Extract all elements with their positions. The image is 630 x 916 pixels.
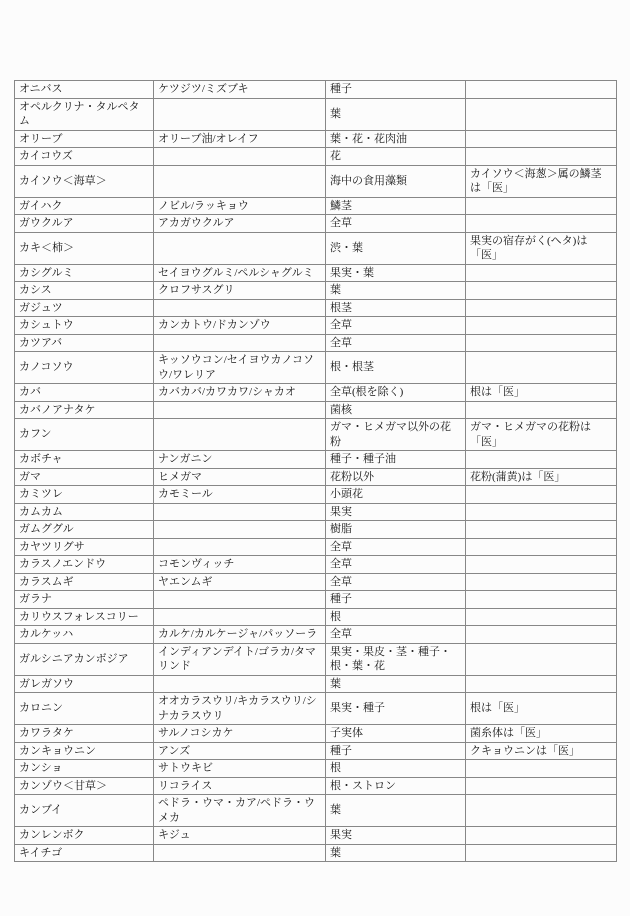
note-cell — [466, 215, 617, 233]
plant-name-cell: カツアバ — [15, 334, 154, 352]
note-cell — [466, 486, 617, 504]
table-row: ガマ ヒメガマ 花粉以外 花粉(蒲黄)は「医」 — [15, 468, 617, 486]
used-part-cell: 子実体 — [326, 725, 466, 743]
used-part-cell: 葉・花・花肉油 — [326, 130, 466, 148]
plant-name-cell: カシュトウ — [15, 317, 154, 335]
plant-name-cell: ガウクルア — [15, 215, 154, 233]
table-row: オリーブ オリーブ油/オレイフ 葉・花・花肉油 — [15, 130, 617, 148]
used-part-cell: 種子 — [326, 591, 466, 609]
synonym-cell — [154, 419, 326, 451]
table-row: カンキョウニン アンズ 種子 クキョウニンは「医」 — [15, 742, 617, 760]
synonym-cell — [154, 591, 326, 609]
table-row: ガルシニアカンボジア インディアンデイト/ゴラカ/タマリンド 果実・果皮・茎・種… — [15, 643, 617, 675]
used-part-cell: 全草 — [326, 538, 466, 556]
synonym-cell — [154, 538, 326, 556]
table-row: カバ カバカバ/カワカワ/シャカオ 全草(根を除く) 根は「医」 — [15, 384, 617, 402]
plant-name-cell: カワラタケ — [15, 725, 154, 743]
used-part-cell: 全草 — [326, 573, 466, 591]
used-part-cell: 根茎 — [326, 299, 466, 317]
note-cell — [466, 81, 617, 99]
used-part-cell: 葉 — [326, 675, 466, 693]
synonym-cell: カンカトウ/ドカンゾウ — [154, 317, 326, 335]
note-cell: 根は「医」 — [466, 693, 617, 725]
synonym-cell: ケツジツ/ミズブキ — [154, 81, 326, 99]
used-part-cell: 果実・果皮・茎・種子・根・葉・花 — [326, 643, 466, 675]
used-part-cell: 根・根茎 — [326, 352, 466, 384]
table-row: カンゾウ＜甘草＞ リコライス 根・ストロン — [15, 777, 617, 795]
synonym-cell — [154, 675, 326, 693]
used-part-cell: 種子 — [326, 81, 466, 99]
table-row: カキ＜柿＞ 渋・葉 果実の宿存がく(ヘタ)は「医」 — [15, 232, 617, 264]
note-cell: ガマ・ヒメガマの花粉は「医」 — [466, 419, 617, 451]
table-row: カロニン オオカラスウリ/キカラスウリ/シナカラスウリ 果実・種子 根は「医」 — [15, 693, 617, 725]
table-row: カワラタケ サルノコシカケ 子実体 菌糸体は「医」 — [15, 725, 617, 743]
used-part-cell: 全草 — [326, 215, 466, 233]
synonym-cell: サルノコシカケ — [154, 725, 326, 743]
synonym-cell: リコライス — [154, 777, 326, 795]
table-row: オペルクリナ・タルペタム 葉 — [15, 98, 617, 130]
plant-name-cell: カシグルミ — [15, 264, 154, 282]
plant-name-cell: オリーブ — [15, 130, 154, 148]
synonym-cell: オオカラスウリ/キカラスウリ/シナカラスウリ — [154, 693, 326, 725]
synonym-cell — [154, 98, 326, 130]
plant-name-cell: カムカム — [15, 503, 154, 521]
note-cell — [466, 573, 617, 591]
table-row: カバノアナタケ 菌核 — [15, 401, 617, 419]
synonym-cell — [154, 401, 326, 419]
used-part-cell: 鱗茎 — [326, 197, 466, 215]
used-part-cell: 菌核 — [326, 401, 466, 419]
table-row: カヤツリグサ 全草 — [15, 538, 617, 556]
note-cell — [466, 521, 617, 539]
used-part-cell: 全草(根を除く) — [326, 384, 466, 402]
used-part-cell: 果実・種子 — [326, 693, 466, 725]
note-cell — [466, 98, 617, 130]
table-row: カミツレ カモミール 小頭花 — [15, 486, 617, 504]
note-cell: 花粉(蒲黄)は「医」 — [466, 468, 617, 486]
plant-name-cell: オニバス — [15, 81, 154, 99]
synonym-cell: セイヨウグルミ/ペルシャグルミ — [154, 264, 326, 282]
used-part-cell: 小頭花 — [326, 486, 466, 504]
plant-name-cell: オペルクリナ・タルペタム — [15, 98, 154, 130]
plant-name-cell: ガジュツ — [15, 299, 154, 317]
note-cell: 菌糸体は「医」 — [466, 725, 617, 743]
used-part-cell: 樹脂 — [326, 521, 466, 539]
synonym-cell: クロフサスグリ — [154, 282, 326, 300]
table-row: カリウスフォレスコリー 根 — [15, 608, 617, 626]
table-body: オニバス ケツジツ/ミズブキ 種子 オペルクリナ・タルペタム 葉 オリーブ オリ… — [15, 81, 617, 862]
synonym-cell — [154, 521, 326, 539]
synonym-cell — [154, 503, 326, 521]
plant-name-cell: カノコソウ — [15, 352, 154, 384]
note-cell — [466, 760, 617, 778]
note-cell — [466, 197, 617, 215]
plant-name-cell: カンショ — [15, 760, 154, 778]
plant-name-cell: カラスノエンドウ — [15, 556, 154, 574]
table-row: カシグルミ セイヨウグルミ/ペルシャグルミ 果実・葉 — [15, 264, 617, 282]
note-cell — [466, 282, 617, 300]
table-row: カラスムギ ヤエンムギ 全草 — [15, 573, 617, 591]
note-cell — [466, 451, 617, 469]
note-cell — [466, 844, 617, 862]
synonym-cell — [154, 608, 326, 626]
plant-name-cell: カイコウズ — [15, 148, 154, 166]
used-part-cell: 種子 — [326, 742, 466, 760]
used-part-cell: 果実 — [326, 503, 466, 521]
used-part-cell: 葉 — [326, 844, 466, 862]
table-row: カルケッハ カルケ/カルケージャ/パッソーラ 全草 — [15, 626, 617, 644]
note-cell — [466, 827, 617, 845]
synonym-cell: ノビル/ラッキョウ — [154, 197, 326, 215]
synonym-cell: カバカバ/カワカワ/シャカオ — [154, 384, 326, 402]
used-part-cell: 葉 — [326, 98, 466, 130]
table-row: ガジュツ 根茎 — [15, 299, 617, 317]
table-row: カシス クロフサスグリ 葉 — [15, 282, 617, 300]
used-part-cell: 渋・葉 — [326, 232, 466, 264]
synonym-cell: キッソウコン/セイヨウカノコソウ/ワレリア — [154, 352, 326, 384]
synonym-cell — [154, 148, 326, 166]
note-cell — [466, 556, 617, 574]
plant-name-cell: ガレガソウ — [15, 675, 154, 693]
plant-name-cell: ガマ — [15, 468, 154, 486]
synonym-cell: ナンガニン — [154, 451, 326, 469]
used-part-cell: 種子・種子油 — [326, 451, 466, 469]
synonym-cell — [154, 844, 326, 862]
synonym-cell — [154, 334, 326, 352]
plant-name-cell: カフン — [15, 419, 154, 451]
synonym-cell: キジュ — [154, 827, 326, 845]
table-row: カイコウズ 花 — [15, 148, 617, 166]
plant-name-cell: ガイハク — [15, 197, 154, 215]
table-row: カボチャ ナンガニン 種子・種子油 — [15, 451, 617, 469]
used-part-cell: 花 — [326, 148, 466, 166]
note-cell — [466, 777, 617, 795]
table-row: カンショ サトウキビ 根 — [15, 760, 617, 778]
plant-name-cell: ガムググル — [15, 521, 154, 539]
note-cell — [466, 608, 617, 626]
note-cell: 果実の宿存がく(ヘタ)は「医」 — [466, 232, 617, 264]
synonym-cell: インディアンデイト/ゴラカ/タマリンド — [154, 643, 326, 675]
used-part-cell: 海中の食用藻類 — [326, 165, 466, 197]
note-cell — [466, 591, 617, 609]
used-part-cell: 葉 — [326, 282, 466, 300]
synonym-cell — [154, 299, 326, 317]
plant-name-cell: カシス — [15, 282, 154, 300]
table-row: カンレンボク キジュ 果実 — [15, 827, 617, 845]
table-row: オニバス ケツジツ/ミズブキ 種子 — [15, 81, 617, 99]
used-part-cell: 果実・葉 — [326, 264, 466, 282]
synonym-cell: アカガウクルア — [154, 215, 326, 233]
plant-name-cell: カルケッハ — [15, 626, 154, 644]
synonym-cell — [154, 232, 326, 264]
synonym-cell: ヒメガマ — [154, 468, 326, 486]
used-part-cell: 果実 — [326, 827, 466, 845]
synonym-cell: オリーブ油/オレイフ — [154, 130, 326, 148]
plant-name-cell: カキ＜柿＞ — [15, 232, 154, 264]
used-part-cell: ガマ・ヒメガマ以外の花粉 — [326, 419, 466, 451]
plant-name-cell: カンゾウ＜甘草＞ — [15, 777, 154, 795]
note-cell — [466, 538, 617, 556]
table-row: カノコソウ キッソウコン/セイヨウカノコソウ/ワレリア 根・根茎 — [15, 352, 617, 384]
synonym-cell: コモンヴィッチ — [154, 556, 326, 574]
table-row: カイソウ＜海草＞ 海中の食用藻類 カイソウ＜海葱＞属の鱗茎は「医」 — [15, 165, 617, 197]
table-row: ガイハク ノビル/ラッキョウ 鱗茎 — [15, 197, 617, 215]
plant-name-cell: カンブイ — [15, 795, 154, 827]
plant-name-cell: キイチゴ — [15, 844, 154, 862]
note-cell — [466, 317, 617, 335]
table-row: カラスノエンドウ コモンヴィッチ 全草 — [15, 556, 617, 574]
note-cell — [466, 299, 617, 317]
table-row: ガラナ 種子 — [15, 591, 617, 609]
table-row: カンブイ ペドラ・ウマ・カア/ペドラ・ウメカ 葉 — [15, 795, 617, 827]
plant-name-cell: ガラナ — [15, 591, 154, 609]
synonym-cell: アンズ — [154, 742, 326, 760]
note-cell — [466, 148, 617, 166]
note-cell — [466, 643, 617, 675]
note-cell: カイソウ＜海葱＞属の鱗茎は「医」 — [466, 165, 617, 197]
synonym-cell: サトウキビ — [154, 760, 326, 778]
table-row: ガウクルア アカガウクルア 全草 — [15, 215, 617, 233]
note-cell — [466, 503, 617, 521]
table-row: ガムググル 樹脂 — [15, 521, 617, 539]
note-cell — [466, 334, 617, 352]
table-row: カフン ガマ・ヒメガマ以外の花粉 ガマ・ヒメガマの花粉は「医」 — [15, 419, 617, 451]
document-page: オニバス ケツジツ/ミズブキ 種子 オペルクリナ・タルペタム 葉 オリーブ オリ… — [0, 0, 630, 916]
table-row: キイチゴ 葉 — [15, 844, 617, 862]
used-part-cell: 全草 — [326, 556, 466, 574]
used-part-cell: 根 — [326, 608, 466, 626]
used-part-cell: 全草 — [326, 334, 466, 352]
table-row: カシュトウ カンカトウ/ドカンゾウ 全草 — [15, 317, 617, 335]
plant-name-cell: カンキョウニン — [15, 742, 154, 760]
used-part-cell: 全草 — [326, 626, 466, 644]
plant-name-cell: カヤツリグサ — [15, 538, 154, 556]
used-part-cell: 根・ストロン — [326, 777, 466, 795]
table-row: ガレガソウ 葉 — [15, 675, 617, 693]
note-cell — [466, 264, 617, 282]
plant-name-cell: カバ — [15, 384, 154, 402]
used-part-cell: 全草 — [326, 317, 466, 335]
used-part-cell: 葉 — [326, 795, 466, 827]
plant-parts-table: オニバス ケツジツ/ミズブキ 種子 オペルクリナ・タルペタム 葉 オリーブ オリ… — [14, 80, 617, 862]
plant-name-cell: ガルシニアカンボジア — [15, 643, 154, 675]
plant-name-cell: カミツレ — [15, 486, 154, 504]
synonym-cell: ペドラ・ウマ・カア/ペドラ・ウメカ — [154, 795, 326, 827]
table-row: カツアバ 全草 — [15, 334, 617, 352]
synonym-cell — [154, 165, 326, 197]
synonym-cell: ヤエンムギ — [154, 573, 326, 591]
note-cell — [466, 401, 617, 419]
used-part-cell: 根 — [326, 760, 466, 778]
plant-name-cell: カリウスフォレスコリー — [15, 608, 154, 626]
plant-name-cell: カバノアナタケ — [15, 401, 154, 419]
note-cell — [466, 352, 617, 384]
note-cell — [466, 626, 617, 644]
note-cell — [466, 130, 617, 148]
used-part-cell: 花粉以外 — [326, 468, 466, 486]
synonym-cell: カモミール — [154, 486, 326, 504]
table-row: カムカム 果実 — [15, 503, 617, 521]
plant-name-cell: カンレンボク — [15, 827, 154, 845]
note-cell — [466, 795, 617, 827]
plant-name-cell: カイソウ＜海草＞ — [15, 165, 154, 197]
note-cell: 根は「医」 — [466, 384, 617, 402]
note-cell — [466, 675, 617, 693]
synonym-cell: カルケ/カルケージャ/パッソーラ — [154, 626, 326, 644]
plant-name-cell: カボチャ — [15, 451, 154, 469]
plant-name-cell: カロニン — [15, 693, 154, 725]
plant-name-cell: カラスムギ — [15, 573, 154, 591]
note-cell: クキョウニンは「医」 — [466, 742, 617, 760]
